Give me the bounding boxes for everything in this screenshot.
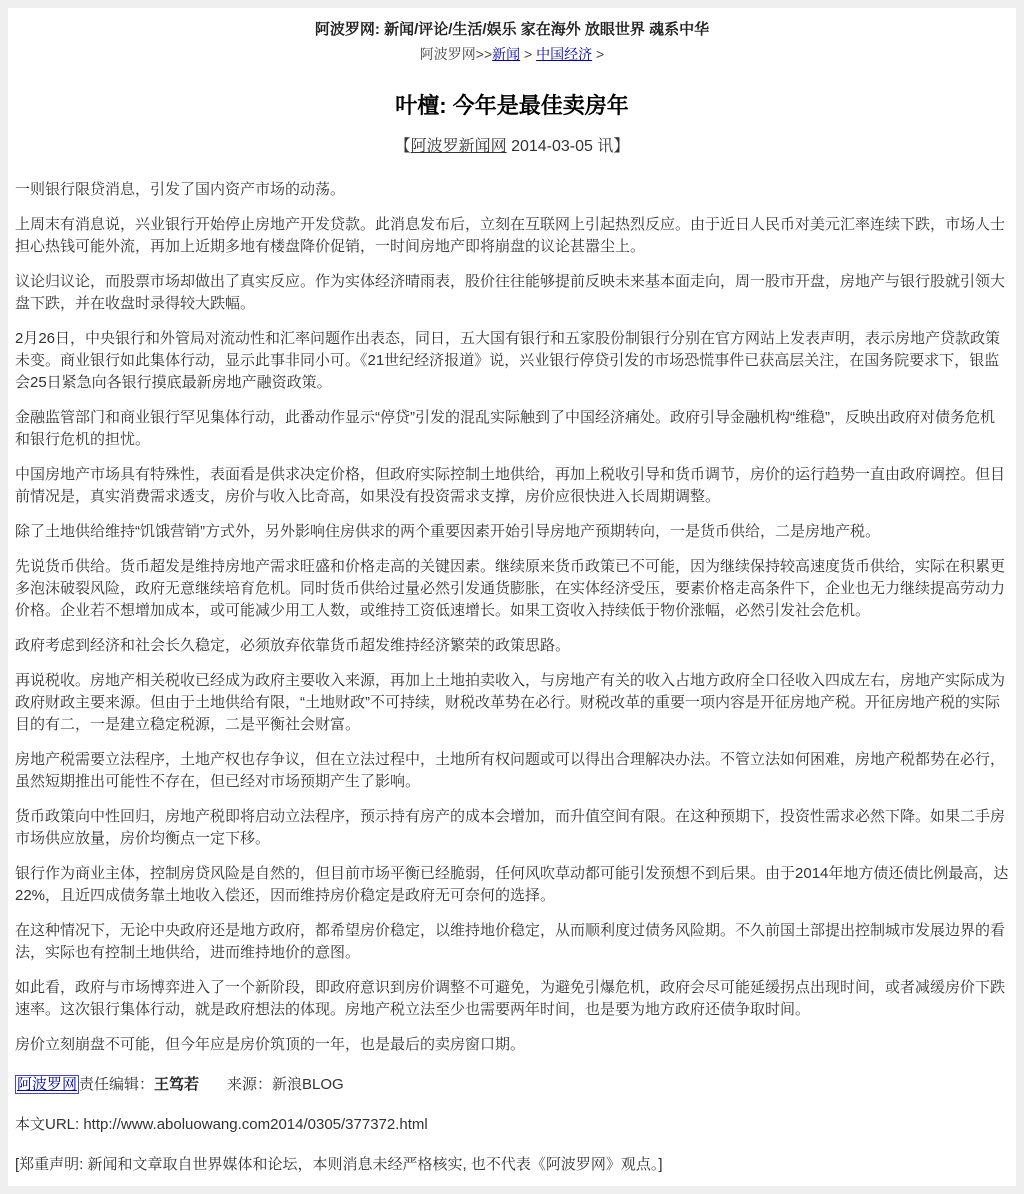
article-paragraph: 在这种情况下，无论中央政府还是地方政府，都希望房价稳定，以维持地价稳定，从而顺利… (15, 920, 1009, 964)
breadcrumb-trailing-separator: > (596, 46, 604, 62)
site-tagline: 阿波罗网: 新闻/评论/生活/娱乐 家在海外 放眼世界 魂系中华 (15, 18, 1009, 39)
byline-date: 2014-03-05 讯】 (507, 138, 630, 155)
breadcrumb-link-china-economy[interactable]: 中国经济 (536, 46, 592, 62)
editor-label: 责任编辑： (79, 1076, 154, 1093)
article-paragraph: 房价立刻崩盘不可能，但今年应是房价筑顶的一年，也是最后的卖房窗口期。 (15, 1034, 1009, 1056)
byline-open-bracket: 【 (395, 138, 411, 155)
disclaimer-statement: [郑重声明: 新闻和文章取自世界媒体和论坛，本则消息未经严格核实, 也不代表《阿… (15, 1154, 1009, 1176)
article-paragraph: 金融监管部门和商业银行罕见集体行动，此番动作显示“停贷”引发的混乱实际触到了中国… (15, 407, 1009, 451)
article-paragraph: 再说税收。房地产相关税收已经成为政府主要收入来源，再加上土地拍卖收入，与房地产有… (15, 670, 1009, 736)
page-title: 叶檀: 今年是最佳卖房年 (15, 89, 1009, 120)
editor-line: 阿波罗网责任编辑：王笃若来源：新浪BLOG (15, 1074, 1009, 1096)
article-url-line: 本文URL: http://www.aboluowang.com2014/030… (15, 1114, 1009, 1136)
article-paragraph: 房地产税需要立法程序，土地产权也存争议，但在立法过程中，土地所有权问题或可以得出… (15, 749, 1009, 793)
footer-site-link[interactable]: 阿波罗网 (15, 1075, 79, 1094)
article-paragraph: 一则银行限贷消息，引发了国内资产市场的动荡。 (15, 179, 1009, 201)
article-paragraph: 货币政策向中性回归，房地产税即将启动立法程序，预示持有房产的成本会增加，而升值空… (15, 806, 1009, 850)
article-paragraph: 2月26日，中央银行和外管局对流动性和汇率问题作出表态，同日，五大国有银行和五家… (15, 328, 1009, 394)
editor-name: 王笃若 (154, 1076, 199, 1093)
article-paragraph: 政府考虑到经济和社会长久稳定，必须放弃依靠货币超发维持经济繁荣的政策思路。 (15, 635, 1009, 657)
article-paragraph: 议论归议论，而股票市场却做出了真实反应。作为实体经济晴雨表，股价往往能够提前反映… (15, 271, 1009, 315)
article-paragraph: 上周末有消息说，兴业银行开始停止房地产开发贷款。此消息发布后，立刻在互联网上引起… (15, 214, 1009, 258)
article-paragraph: 中国房地产市场具有特殊性，表面看是供求决定价格，但政府实际控制土地供给，再加上税… (15, 464, 1009, 508)
page-content: 阿波罗网: 新闻/评论/生活/娱乐 家在海外 放眼世界 魂系中华 阿波罗网>>新… (8, 8, 1016, 1186)
breadcrumb-link-news[interactable]: 新闻 (492, 46, 520, 62)
article-paragraph: 先说货币供给。货币超发是维持房地产需求旺盛和价格走高的关键因素。继续原来货币政策… (15, 556, 1009, 622)
source-label: 来源：新浪BLOG (227, 1076, 344, 1093)
article-byline: 【阿波罗新闻网 2014-03-05 讯】 (15, 133, 1009, 156)
breadcrumb-prefix: 阿波罗网>> (420, 46, 492, 62)
article-paragraph: 如此看，政府与市场博弈进入了一个新阶段，即政府意识到房价调整不可避免，为避免引爆… (15, 977, 1009, 1021)
article-paragraph: 银行作为商业主体，控制房贷风险是自然的，但目前市场平衡已经脆弱，任何风吹草动都可… (15, 863, 1009, 907)
article-paragraph: 除了土地供给维持“饥饿营销”方式外，另外影响住房供求的两个重要因素开始引导房地产… (15, 521, 1009, 543)
breadcrumb-separator: > (524, 46, 532, 62)
article-body: 一则银行限贷消息，引发了国内资产市场的动荡。上周末有消息说，兴业银行开始停止房地… (15, 179, 1009, 1056)
breadcrumb: 阿波罗网>>新闻 > 中国经济 > (15, 44, 1009, 64)
byline-source-link[interactable]: 阿波罗新闻网 (411, 138, 507, 155)
